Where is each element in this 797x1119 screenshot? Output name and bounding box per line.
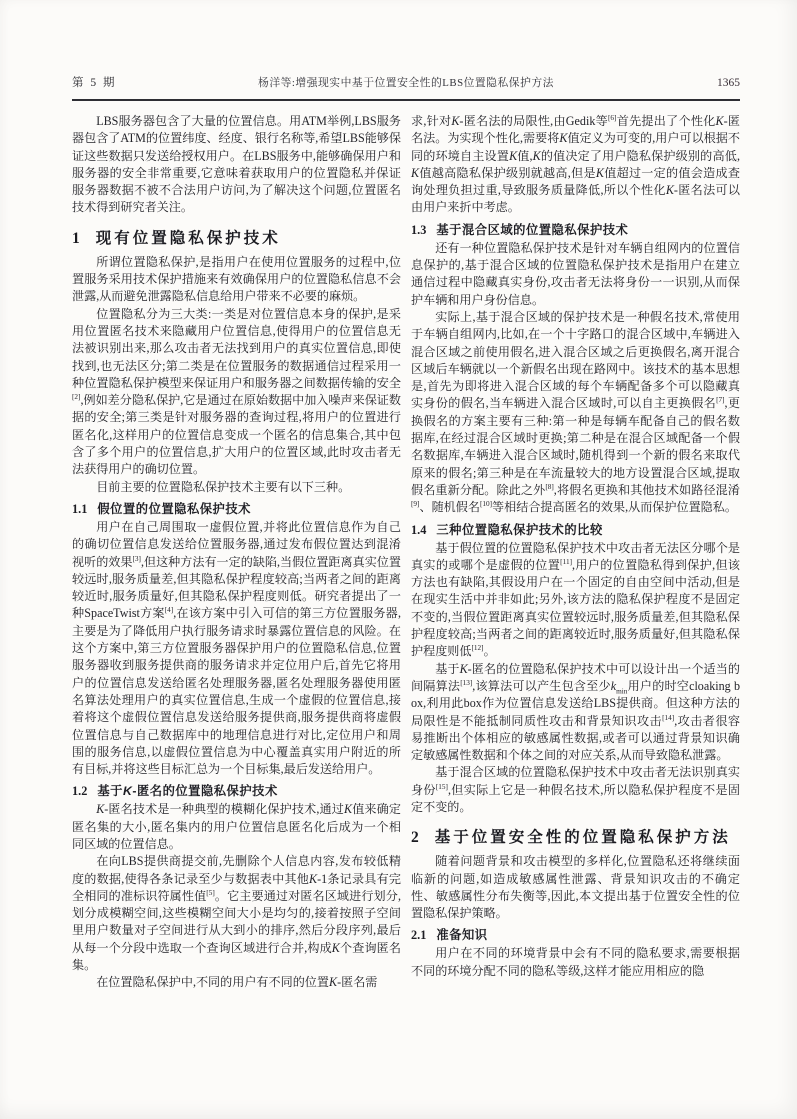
page-body: LBS服务器包含了大量的位置信息。用ATM举例,LBS服务器包含了ATM的位置纬… bbox=[72, 113, 740, 992]
heading-text: 基于K-匿名的位置隐私保护技术 bbox=[97, 781, 277, 799]
heading-number: 2.1 bbox=[411, 928, 426, 943]
paragraph: LBS服务器包含了大量的位置信息。用ATM举例,LBS服务器包含了ATM的位置纬… bbox=[72, 113, 401, 217]
paragraph: 目前主要的位置隐私保护技术主要有以下三种。 bbox=[72, 479, 401, 496]
section-heading: 2基于位置安全性的位置隐私保护方法 bbox=[411, 825, 740, 847]
paragraph: 还有一种位置隐私保护技术是针对车辆自组网内的位置信息保护的,基于混合区域的位置隐… bbox=[411, 240, 740, 309]
paragraph: 基于混合区域的位置隐私保护技术中攻击者无法识别真实身份[15],但实际上它是一种… bbox=[411, 764, 740, 816]
paragraph: 位置隐私分为三大类:一类是对位置信息本身的保护,是采用位置匿名技术来隐藏用户位置… bbox=[72, 306, 401, 479]
heading-text: 假位置的位置隐私保护技术 bbox=[97, 499, 251, 517]
heading-number: 1.1 bbox=[72, 502, 87, 517]
page-number: 1365 bbox=[650, 77, 740, 89]
heading-number: 1.4 bbox=[411, 523, 426, 538]
paragraph: 基于K-匿名的位置隐私保护技术中可以设计出一个适当的间隔算法[13],该算法可以… bbox=[411, 661, 740, 765]
heading-text: 基于混合区域的位置隐私保护技术 bbox=[436, 220, 628, 238]
heading-number: 1.2 bbox=[72, 784, 87, 799]
paragraph: 随着问题背景和攻击模型的多样化,位置隐私还将继续面临新的问题,如造成敏感属性泄露… bbox=[411, 853, 740, 922]
subsection-heading: 1.4三种位置隐私保护技术的比较 bbox=[411, 520, 740, 538]
header-rule bbox=[72, 99, 740, 101]
paragraph: 用户在自己周围取一虚假位置,并将此位置信息作为自己的确切位置信息发送给位置服务器… bbox=[72, 519, 401, 778]
paragraph: 基于假位置的位置隐私保护技术中攻击者无法区分哪个是真实的或哪个是虚假的位置[11… bbox=[411, 540, 740, 661]
paragraph: 实际上,基于混合区域的保护技术是一种假名技术,常使用于车辆自组网内,比如,在一个… bbox=[411, 309, 740, 517]
heading-text: 基于位置安全性的位置隐私保护方法 bbox=[435, 825, 731, 847]
paper-page: 第 5 期 杨洋等:增强现实中基于位置安全性的LBS位置隐私保护方法 1365 … bbox=[0, 0, 797, 1119]
heading-text: 现有位置隐私保护技术 bbox=[96, 226, 281, 248]
running-title: 杨洋等:增强现实中基于位置安全性的LBS位置隐私保护方法 bbox=[162, 75, 650, 90]
right-column: 求,针对K-匿名法的局限性,由Gedik等[6]首先提出了个性化K-匿名法。为实… bbox=[411, 113, 740, 992]
subsection-heading: 1.1假位置的位置隐私保护技术 bbox=[72, 499, 401, 517]
left-column: LBS服务器包含了大量的位置信息。用ATM举例,LBS服务器包含了ATM的位置纬… bbox=[72, 113, 401, 992]
heading-text: 三种位置隐私保护技术的比较 bbox=[436, 520, 602, 538]
paragraph: 在向LBS提供商提交前,先删除个人信息内容,发布较低精度的数据,使得各条记录至少… bbox=[72, 853, 401, 974]
heading-text: 准备知识 bbox=[436, 925, 487, 943]
paragraph: 求,针对K-匿名法的局限性,由Gedik等[6]首先提出了个性化K-匿名法。为实… bbox=[411, 113, 740, 217]
paragraph: K-匿名技术是一种典型的模糊化保护技术,通过K值来确定匿名集的大小,匿名集内的用… bbox=[72, 801, 401, 853]
page-header: 第 5 期 杨洋等:增强现实中基于位置安全性的LBS位置隐私保护方法 1365 bbox=[72, 74, 740, 90]
subsection-heading: 1.3基于混合区域的位置隐私保护技术 bbox=[411, 220, 740, 238]
section-heading: 1现有位置隐私保护技术 bbox=[72, 226, 401, 248]
paragraph: 在位置隐私保护中,不同的用户有不同的位置K-匿名需 bbox=[72, 974, 401, 991]
heading-number: 1 bbox=[72, 230, 80, 248]
paragraph: 用户在不同的环境背景中会有不同的隐私要求,需要根据不同的环境分配不同的隐私等级,… bbox=[411, 945, 740, 980]
heading-number: 1.3 bbox=[411, 223, 426, 238]
paragraph: 所谓位置隐私保护,是指用户在使用位置服务的过程中,位置服务采用技术保护措施来有效… bbox=[72, 254, 401, 306]
subsection-heading: 1.2基于K-匿名的位置隐私保护技术 bbox=[72, 781, 401, 799]
journal-issue: 第 5 期 bbox=[72, 74, 162, 90]
subsection-heading: 2.1准备知识 bbox=[411, 925, 740, 943]
heading-number: 2 bbox=[411, 829, 419, 847]
